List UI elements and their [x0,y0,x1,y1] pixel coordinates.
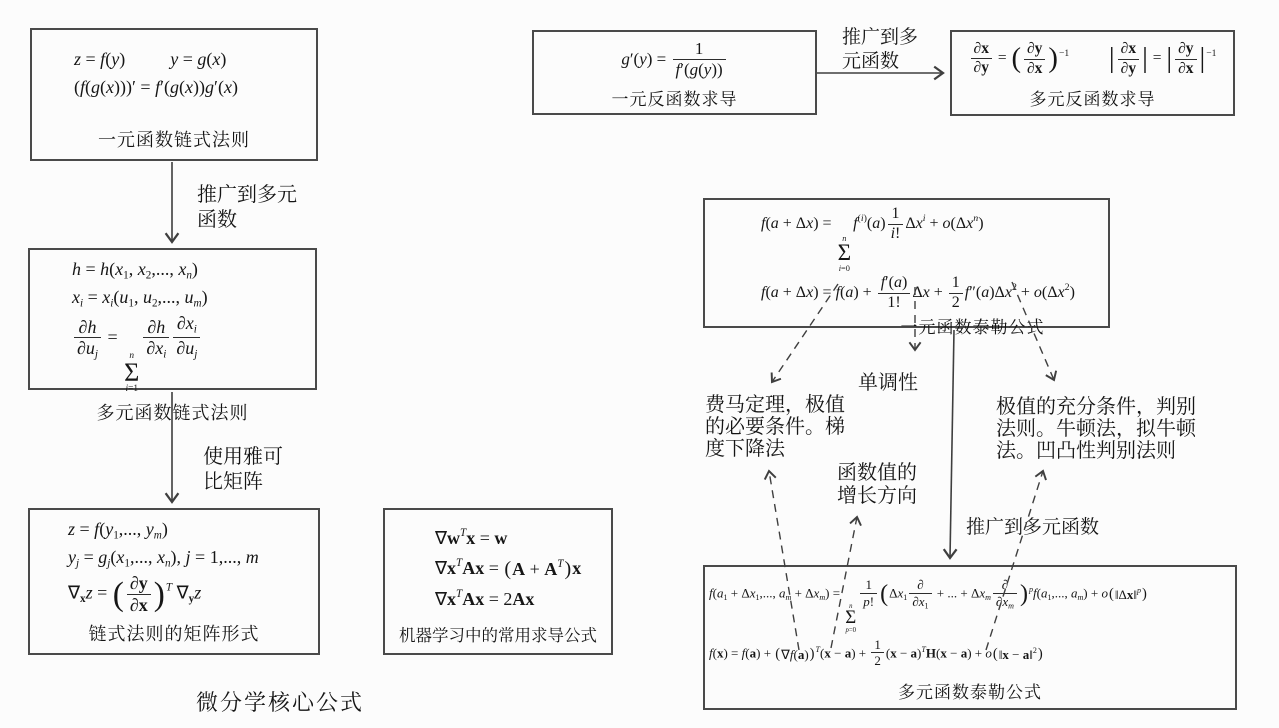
formula-line: z = f(y1,..., ym) [68,519,318,543]
formulas-taylor-nd: f(a1 + Δx1,..., am + Δxm) = nΣp=01p!(Δx1… [705,567,1235,671]
formulas-inverse-derivative-nd: ∂x∂y = (∂y∂x)−1|∂x∂y| = |∂y∂x|−1 [952,32,1233,83]
diagram-caption: 微分学核心公式 [196,686,364,717]
box-taylor-nd: f(a1 + Δx1,..., am + Δxm) = nΣp=01p!(Δx1… [703,565,1237,710]
box-label-taylor-nd: 多元函数泰勒公式 [705,678,1235,708]
formula-line: f(a + Δx) = nΣi=0f(i)(a)1i!Δxi + o(Δxn) [761,206,1108,273]
box-inverse-derivative-1d: g′(y) = 1f′(g(y)) 一元反函数求导 [532,30,817,115]
formula-line: ∇xTAx = (A + AT)x [435,557,611,581]
box-label-chain-rule-nd: 多元函数链式法则 [30,399,315,432]
edge-label-generalize-chain: 推广到多元函数 [197,183,309,233]
box-chain-rule-nd: h = h(x1, x2,..., xn)xi = xi(u1, u2,...,… [28,248,317,390]
box-taylor-1d: f(a + Δx) = nΣi=0f(i)(a)1i!Δxi + o(Δxn)f… [703,198,1110,328]
formula-line: ∇xTAx = 2Ax [435,588,611,611]
formula-line: xi = xi(u1, u2,..., um) [72,287,315,311]
annotation-sufficient-condition: 极值的充分条件，判别法则。牛顿法，拟牛顿法。凹凸性判别法则 [996,396,1204,462]
formulas-chain-rule-1d: z = f(y)y = g(x)(f(g(x)))′ = f′(g(x))g′(… [32,30,316,104]
box-label-ml-derivatives: 机器学习中的常用求导公式 [385,622,611,653]
formulas-chain-rule-matrix: z = f(y1,..., ym)yj = gj(x1,..., xn), j … [30,510,318,619]
diagram-canvas: z = f(y)y = g(x)(f(g(x)))′ = f′(g(x))g′(… [0,0,1279,728]
edge-label-jacobian: 使用雅可比矩阵 [203,445,295,495]
formula-line: (f(g(x)))′ = f′(g(x))g′(x) [74,77,316,99]
formula-line: f(a + Δx) = f(a) + f′(a)1!Δx + 12f″(a)Δx… [761,275,1108,312]
formula-line: yj = gj(x1,..., xn), j = 1,..., m [68,547,318,571]
formulas-ml-derivatives: ∇wTx = w∇xTAx = (A + AT)x∇xTAx = 2Ax [385,510,611,617]
box-label-inverse-derivative-1d: 一元反函数求导 [534,85,815,114]
formulas-inverse-derivative-1d: g′(y) = 1f′(g(y)) [534,32,815,85]
edge-label-generalize-taylor: 推广到多元函数 [966,512,1099,539]
annotation-fermat-theorem: 费马定理，极值的必要条件。梯度下降法 [705,394,847,460]
edge-taylor1d-to-taylornd [950,330,954,558]
annotation-growth-direction: 函数值的增长方向 [837,462,923,508]
formula-line: h = h(x1, x2,..., xn) [72,259,315,283]
formula-line: ∇wTx = w [435,527,611,550]
formula-line: ∇xz = (∂y∂x)T ∇yz [68,574,318,615]
box-chain-rule-1d: z = f(y)y = g(x)(f(g(x)))′ = f′(g(x))g′(… [30,28,318,161]
formula-line: ∂h∂uj = nΣi=1∂h∂xi∂xi∂uj [72,314,315,394]
annotation-monotonicity: 单调性 [858,366,918,395]
formula-line: z = f(y)y = g(x) [74,49,316,71]
edge-label-generalize-inverse: 推广到多元函数 [842,26,924,74]
formula-line: f(x) = f(a) + (∇f(a))T(x − a) + 12(x − a… [709,638,1235,668]
box-label-chain-rule-1d: 一元函数链式法则 [32,126,316,159]
box-chain-rule-matrix: z = f(y1,..., ym)yj = gj(x1,..., xn), j … [28,508,320,655]
formulas-taylor-1d: f(a + Δx) = nΣi=0f(i)(a)1i!Δxi + o(Δxn)f… [705,200,1108,313]
box-label-inverse-derivative-nd: 多元反函数求导 [952,85,1233,114]
box-label-chain-rule-matrix: 链式法则的矩阵形式 [30,620,318,653]
box-inverse-derivative-nd: ∂x∂y = (∂y∂x)−1|∂x∂y| = |∂y∂x|−1 多元反函数求导 [950,30,1235,116]
formula-line: ∂x∂y = (∂y∂x)−1|∂x∂y| = |∂y∂x|−1 [952,41,1233,77]
formulas-chain-rule-nd: h = h(x1, x2,..., xn)xi = xi(u1, u2,...,… [30,250,315,399]
formula-line: f(a1 + Δx1,..., am + Δxm) = nΣp=01p!(Δx1… [709,578,1235,635]
box-label-taylor-1d: 一元函数泰勒公式 [771,313,1174,343]
box-ml-derivatives: ∇wTx = w∇xTAx = (A + AT)x∇xTAx = 2Ax 机器学… [383,508,613,655]
formula-line: g′(y) = 1f′(g(y)) [534,40,815,79]
